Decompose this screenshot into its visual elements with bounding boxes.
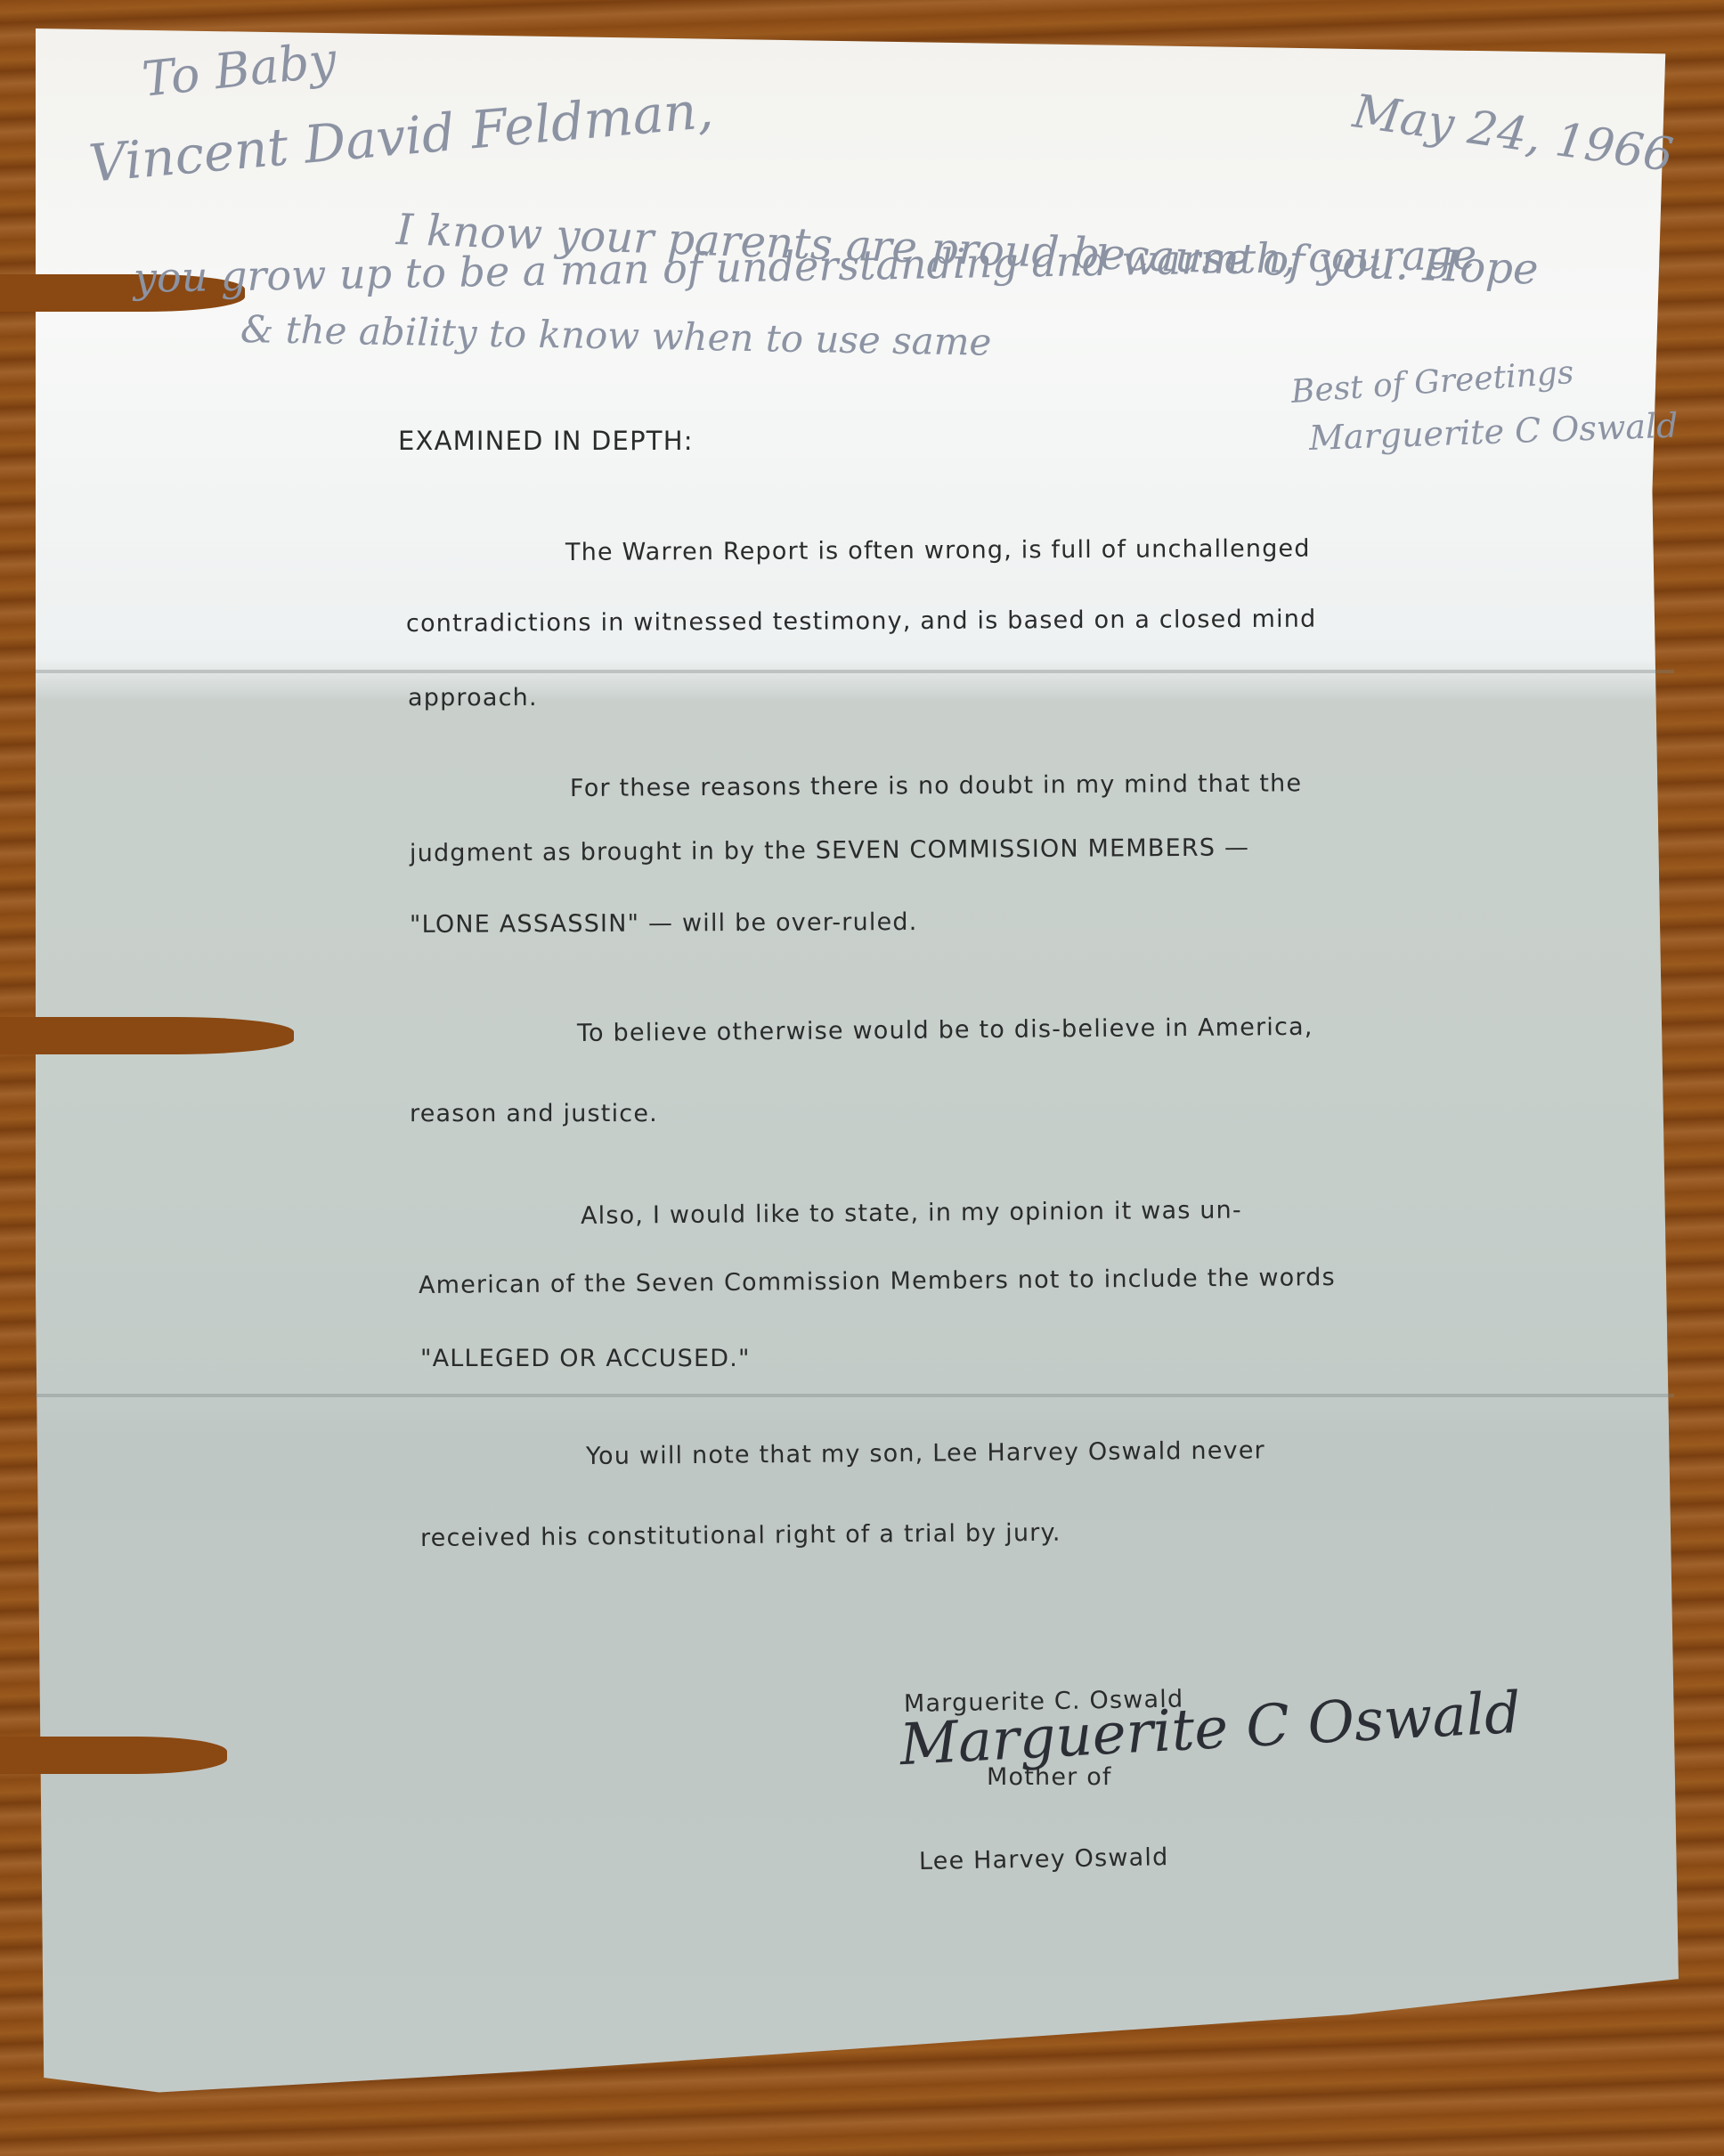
paragraph-4-line-3: "ALLEGED OR ACCUSED." [420, 1345, 751, 1372]
paragraph-4-line-1: Also, I would like to state, in my opini… [581, 1197, 1242, 1230]
torn-binder-hole-3 [0, 1737, 227, 1774]
title-son-name: Lee Harvey Oswald [919, 1843, 1169, 1875]
photo-of-letter: To Baby Vincent David Feldman, May 24, 1… [0, 0, 1724, 2156]
paragraph-2-line-1: For these reasons there is no doubt in m… [570, 769, 1302, 802]
paragraph-3-line-2: reason and justice. [410, 1100, 658, 1127]
fold-crease-upper [36, 670, 1674, 673]
title-mother-of: Mother of [987, 1763, 1112, 1791]
paragraph-5-line-2: received his constitutional right of a t… [420, 1519, 1061, 1552]
paragraph-2-line-2: judgment as brought in by the SEVEN COMM… [410, 834, 1249, 867]
paragraph-2-line-3: "LONE ASSASSIN" — will be over-ruled. [410, 908, 918, 939]
letter-heading: EXAMINED IN DEPTH: [398, 426, 694, 456]
paragraph-1-line-3: approach. [408, 684, 538, 712]
torn-binder-hole-2 [0, 1017, 294, 1054]
fold-crease-lower [36, 1394, 1674, 1397]
paragraph-1-line-2: contradictions in witnessed testimony, a… [406, 606, 1317, 638]
paragraph-1-line-1: The Warren Report is often wrong, is ful… [565, 535, 1311, 566]
